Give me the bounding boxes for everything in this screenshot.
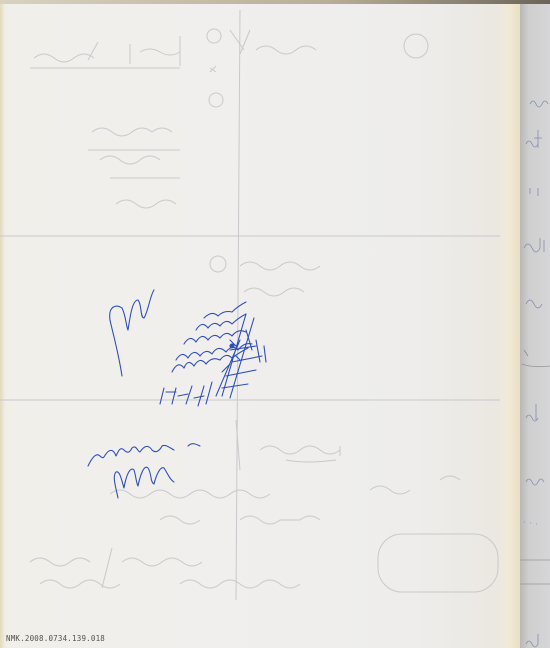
hatched-cluster xyxy=(160,302,266,406)
wave-line xyxy=(88,444,200,466)
adjacent-page xyxy=(520,4,550,648)
scribble-arches xyxy=(110,290,154,376)
adjacent-page-handwriting xyxy=(520,4,550,648)
catalog-number: NMK.2008.0734.139.018 xyxy=(6,634,105,643)
zigzag-arches xyxy=(114,467,174,498)
notebook-scan: NMK.2008.0734.139.018 xyxy=(0,0,550,648)
ink-sketches xyxy=(0,0,520,648)
